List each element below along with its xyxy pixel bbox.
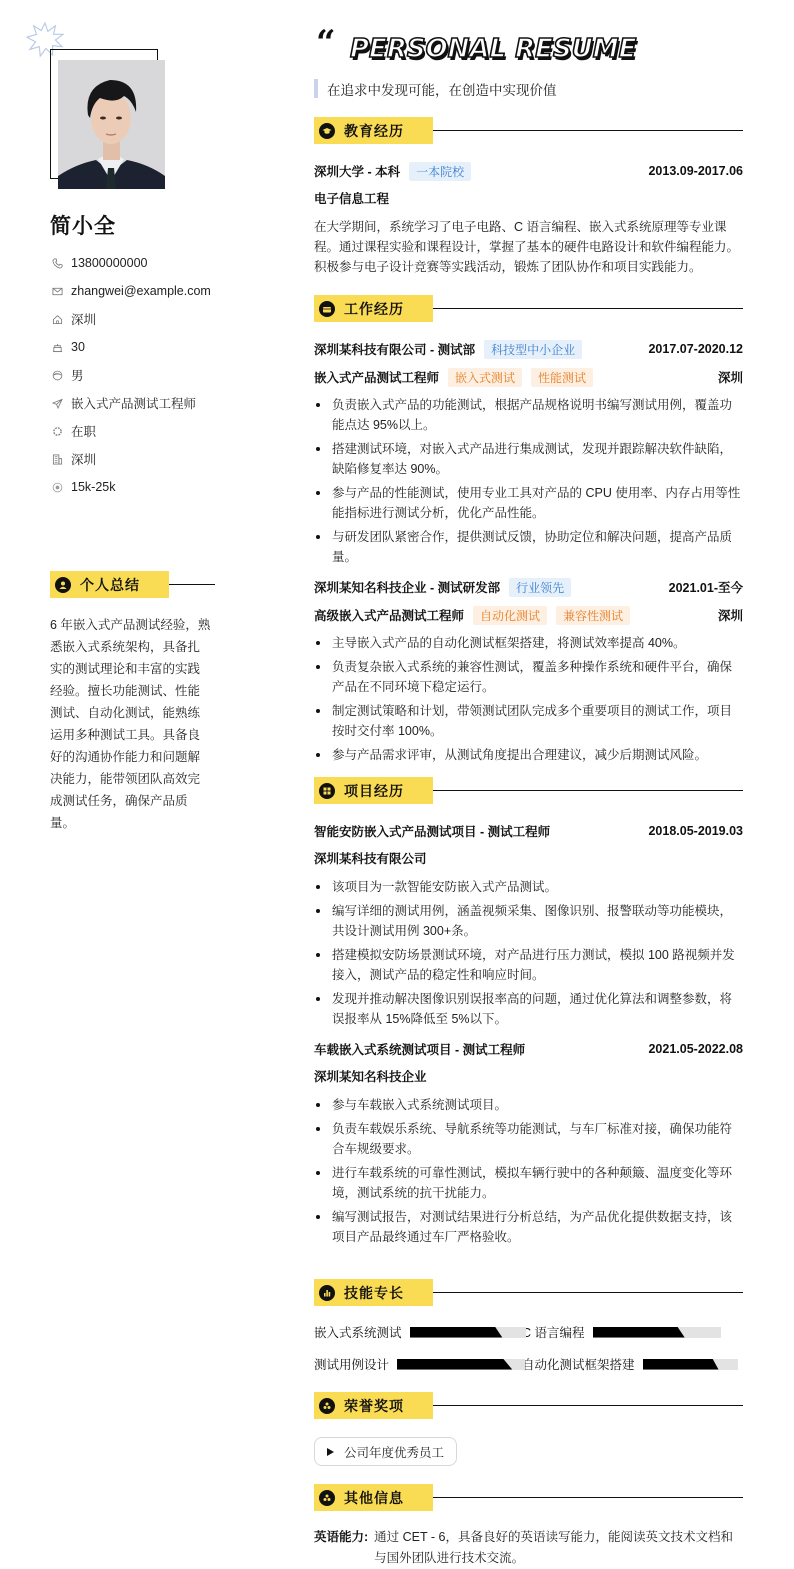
education-row: 深圳大学 - 本科 一本院校 2013.09-2017.06 [314,161,743,181]
award-icon [319,1398,335,1414]
section-header-projects: 项目经历 [314,777,743,804]
project-date: 2018.05-2019.03 [648,824,743,838]
bullet-item: 编写测试报告，对测试结果进行分析总结，为产品优化提供数据支持，该项目产品最终通过… [314,1207,743,1247]
briefcase-icon [319,301,335,317]
role-tag: 性能测试 [531,368,593,387]
section-divider [433,308,743,309]
section-header-other: 其他信息 [314,1484,743,1511]
bullet-item: 发现并推动解决图像识别误报率高的问题，通过优化算法和调整参数，将误报率从 15%… [314,989,743,1029]
resume-title: “ PERSONAL RESUME [314,28,743,72]
info-age: 30 [50,333,290,361]
section-header-summary: 个人总结 [50,571,215,598]
info-icon [319,1490,335,1506]
bar-chart-icon [319,1285,335,1301]
other-info-item: 英语能力: 通过 CET - 6，具备良好的英语读写能力，能阅读英文技术文档和与… [314,1527,743,1569]
skill-name: C 语言编程 [522,1323,585,1341]
bullet-item: 参与产品的性能测试，使用专业工具对产品的 CPU 使用率、内存占用等性能指标进行… [314,483,743,523]
play-triangle-icon [327,1448,334,1456]
section-divider [433,1292,743,1293]
info-gender: 男 [50,361,290,389]
skill-bar-fill [410,1327,503,1338]
age-value: 30 [71,340,85,354]
school-tag: 一本院校 [409,162,471,181]
status-icon [50,424,64,438]
section-title: 技能专长 [344,1283,404,1303]
skill-bar [410,1327,526,1338]
project-bullets: 该项目为一款智能安防嵌入式产品测试。 编写详细的测试用例，涵盖视频采集、图像识别… [314,877,743,1029]
gender-value: 男 [71,366,84,384]
work-item: 深圳某科技有限公司 - 测试部 科技型中小企业 2017.07-2020.12 … [314,339,743,567]
email-value: zhangwei@example.com [71,284,211,298]
gender-icon [50,368,64,382]
award-text: 公司年度优秀员工 [344,1443,444,1461]
phone-value: 13800000000 [71,256,147,270]
bullet-item: 负责复杂嵌入式系统的兼容性测试，覆盖多种操作系统和硬件平台，确保产品在不同环境下… [314,657,743,697]
phone-icon [50,256,64,270]
project-company: 深圳某知名科技企业 [314,1067,743,1087]
other-info-label: 英语能力: [314,1527,368,1569]
work-city-value: 深圳 [71,450,96,468]
section-header-awards: 荣誉奖项 [314,1392,743,1419]
info-work-city: 深圳 [50,445,290,473]
section-title: 工作经历 [344,299,404,319]
company-tag: 科技型中小企业 [484,340,582,359]
section-header-skills: 技能专长 [314,1279,743,1306]
info-hometown: 深圳 [50,305,290,333]
section-divider [433,1405,743,1406]
company-tag: 行业领先 [509,578,571,597]
section-work: 工作经历 深圳某科技有限公司 - 测试部 科技型中小企业 2017.07-202… [314,295,743,769]
job-role: 嵌入式产品测试工程师 [314,368,439,386]
role-tag: 嵌入式测试 [448,368,522,387]
graduation-cap-icon [319,123,335,139]
quote-mark-icon: “ [316,26,336,60]
bullet-item: 与研发团队紧密合作，提供测试反馈，协助定位和解决问题，提高产品质量。 [314,527,743,567]
bullet-item: 进行车载系统的可靠性测试，模拟车辆行驶中的各种颠簸、温度变化等环境，测试系统的抗… [314,1163,743,1203]
work-item: 深圳某知名科技企业 - 测试研发部 行业领先 2021.01-至今 高级嵌入式产… [314,577,743,765]
section-divider [169,584,215,585]
section-other: 其他信息 英语能力: 通过 CET - 6，具备良好的英语读写能力，能阅读英文技… [314,1484,743,1569]
info-email: zhangwei@example.com [50,277,290,305]
salary-icon [50,480,64,494]
status-value: 在职 [71,422,96,440]
skills-grid: 嵌入式系统测试 C 语言编程 测试用例设计 自动化测试框架搭建 [314,1323,743,1373]
skill-name: 测试用例设计 [314,1355,389,1373]
building-icon [50,452,64,466]
company-name: 深圳某科技有限公司 - 测试部 [314,340,475,358]
section-title: 个人总结 [80,575,140,595]
grid-icon [319,783,335,799]
other-info-value: 通过 CET - 6，具备良好的英语读写能力，能阅读英文技术文档和与国外团队进行… [374,1527,743,1569]
award-chip: 公司年度优秀员工 [314,1437,457,1466]
title-text: PERSONAL RESUME [350,34,636,64]
motto-text: 在追求中发现可能，在创造中实现价值 [327,79,557,99]
section-title: 教育经历 [344,121,404,141]
education-description: 在大学期间，系统学习了电子电路、C 语言编程、嵌入式系统原理等专业课程。通过课程… [314,217,743,277]
work-bullets: 主导嵌入式产品的自动化测试框架搭建，将测试效率提高 40%。 负责复杂嵌入式系统… [314,633,743,765]
role-tag: 自动化测试 [473,606,547,625]
user-icon [55,577,71,593]
role-tag: 兼容性测试 [556,606,630,625]
bullet-item: 参与产品需求评审，从测试角度提出合理建议，减少后期测试风险。 [314,745,743,765]
section-header-work: 工作经历 [314,295,743,322]
skill-bar [643,1359,738,1370]
section-divider [433,790,743,791]
contact-info-list: 13800000000 zhangwei@example.com 深圳 30 男… [50,249,290,501]
work-date: 2021.01-至今 [669,578,743,596]
bullet-item: 主导嵌入式产品的自动化测试框架搭建，将测试效率提高 40%。 [314,633,743,653]
skill-bar [593,1327,721,1338]
skill-name: 嵌入式系统测试 [314,1323,402,1341]
section-awards: 荣誉奖项 公司年度优秀员工 [314,1392,743,1466]
section-title: 项目经历 [344,781,404,801]
skill-bar-fill [593,1327,685,1338]
mail-icon [50,284,64,298]
bullet-item: 搭建测试环境，对嵌入式产品进行集成测试，发现并跟踪解决软件缺陷，缺陷修复率达 9… [314,439,743,479]
bullet-item: 制定测试策略和计划，带领测试团队完成多个重要项目的测试工作，项目按时交付率 10… [314,701,743,741]
major: 电子信息工程 [314,189,743,209]
work-city: 深圳 [718,606,743,624]
salary-value: 15k-25k [71,480,115,494]
sidebar: 简小全 13800000000 zhangwei@example.com 深圳 … [0,0,300,1569]
project-item: 智能安防嵌入式产品测试项目 - 测试工程师 2018.05-2019.03 深圳… [314,821,743,1029]
skill-name: 自动化测试框架搭建 [522,1355,635,1373]
education-date: 2013.09-2017.06 [648,164,743,178]
section-education: 教育经历 深圳大学 - 本科 一本院校 2013.09-2017.06 电子信息… [314,117,743,277]
candidate-name: 简小全 [50,210,116,240]
info-status: 在职 [50,417,290,445]
job-intention-value: 嵌入式产品测试工程师 [71,394,196,412]
section-header-education: 教育经历 [314,117,743,144]
motto-accent-bar [314,79,318,98]
send-icon [50,396,64,410]
hometown-value: 深圳 [71,310,96,328]
company-name: 深圳某知名科技企业 - 测试研发部 [314,578,500,596]
section-title: 荣誉奖项 [344,1396,404,1416]
job-role: 高级嵌入式产品测试工程师 [314,606,464,624]
skill-item: 测试用例设计 [314,1355,522,1373]
info-phone: 13800000000 [50,249,290,277]
work-bullets: 负责嵌入式产品的功能测试，根据产品规格说明书编写测试用例，覆盖功能点达 95%以… [314,395,743,567]
project-item: 车载嵌入式系统测试项目 - 测试工程师 2021.05-2022.08 深圳某知… [314,1039,743,1247]
bullet-item: 编写详细的测试用例，涵盖视频采集、图像识别、报警联动等功能模块，共设计测试用例 … [314,901,743,941]
info-job-intention: 嵌入式产品测试工程师 [50,389,290,417]
bullet-item: 参与车载嵌入式系统测试项目。 [314,1095,743,1115]
skill-bar-fill [643,1359,719,1370]
skill-item: 嵌入式系统测试 [314,1323,522,1341]
section-divider [433,1497,743,1498]
skill-bar-fill [397,1359,512,1370]
bullet-item: 负责嵌入式产品的功能测试，根据产品规格说明书编写测试用例，覆盖功能点达 95%以… [314,395,743,435]
section-skills: 技能专长 嵌入式系统测试 C 语言编程 测试用例设计 自动化测试框架搭建 [314,1279,743,1373]
work-date: 2017.07-2020.12 [648,342,743,356]
home-icon [50,312,64,326]
skill-item: 自动化测试框架搭建 [522,1355,743,1373]
bullet-item: 负责车载娱乐系统、导航系统等功能测试，与车厂标准对接，确保功能符合车规级要求。 [314,1119,743,1159]
project-name: 智能安防嵌入式产品测试项目 - 测试工程师 [314,822,550,840]
summary-text: 6 年嵌入式产品测试经验，熟悉嵌入式系统架构，具备扎实的测试理论和丰富的实践经验… [50,614,212,834]
section-projects: 项目经历 智能安防嵌入式产品测试项目 - 测试工程师 2018.05-2019.… [314,777,743,1251]
bullet-item: 搭建模拟安防场景测试环境，对产品进行压力测试，模拟 100 路视频并发接入，测试… [314,945,743,985]
section-title: 其他信息 [344,1488,404,1508]
project-bullets: 参与车载嵌入式系统测试项目。 负责车载娱乐系统、导航系统等功能测试，与车厂标准对… [314,1095,743,1247]
project-company: 深圳某科技有限公司 [314,849,743,869]
skill-bar [397,1359,525,1370]
age-icon [50,340,64,354]
school-name: 深圳大学 - 本科 [314,162,400,180]
skill-item: C 语言编程 [522,1323,743,1341]
avatar [58,60,165,189]
portrait-image [58,60,165,189]
project-date: 2021.05-2022.08 [648,1042,743,1056]
motto: 在追求中发现可能，在创造中实现价值 [314,79,557,98]
project-name: 车载嵌入式系统测试项目 - 测试工程师 [314,1040,525,1058]
bullet-item: 该项目为一款智能安防嵌入式产品测试。 [314,877,743,897]
section-divider [433,130,743,131]
work-city: 深圳 [718,368,743,386]
info-salary: 15k-25k [50,473,290,501]
